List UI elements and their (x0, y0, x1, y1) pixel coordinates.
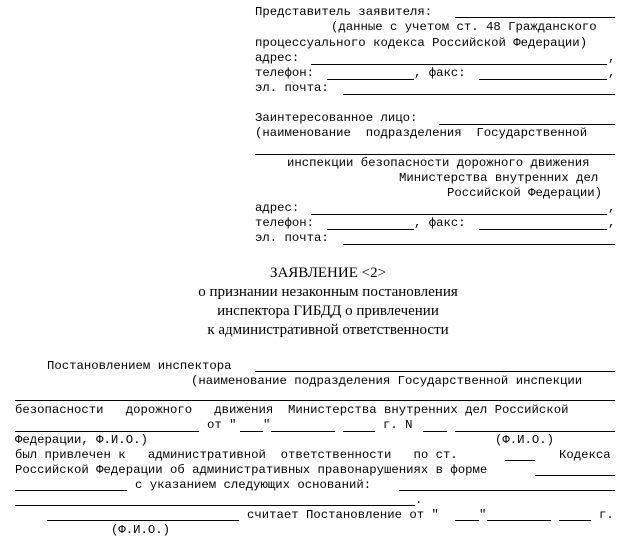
interested-fax-comma: , (608, 216, 615, 230)
body-p9-a: считает Постановление от " (247, 508, 439, 522)
body-p5-b: Кодекса (559, 448, 611, 462)
applicant-email-label: эл. почта: (255, 81, 329, 95)
decision-number-field[interactable] (423, 431, 447, 432)
applicant-rep-field[interactable] (455, 17, 615, 18)
interested-party-label: Заинтересованное лицо: (255, 111, 417, 125)
applicant-name-field[interactable] (455, 431, 615, 432)
interested-fax-field[interactable] (479, 229, 607, 230)
penalty-form-continued-field[interactable] (15, 490, 127, 491)
interested-phone-field[interactable] (327, 229, 414, 230)
inspector-name-field[interactable] (15, 431, 199, 432)
title-line-3: к административной ответственности (0, 321, 628, 340)
decision-2-month-field[interactable] (487, 520, 551, 521)
applicant-address-comma: , (608, 51, 615, 65)
penalty-form-field[interactable] (535, 475, 615, 476)
decision-month-field[interactable] (271, 431, 335, 432)
interested-party-note-4: Российской Федерации) (447, 186, 602, 200)
inspector-unit-continued-field[interactable] (15, 400, 615, 401)
body-p2: безопасности дорожного движения Министер… (15, 403, 568, 417)
applicant-rep-label: Представитель заявителя: (255, 5, 432, 19)
interested-address-field[interactable] (311, 214, 607, 215)
applicant-name-2-field[interactable] (47, 520, 239, 521)
body-p1-start: Постановлением инспектора (47, 359, 231, 373)
body-p4-left: Федерации, Ф.И.О.) (15, 433, 148, 447)
applicant-phone-field[interactable] (327, 79, 414, 80)
applicant-fax-field[interactable] (479, 79, 607, 80)
grounds-field[interactable] (399, 490, 615, 491)
applicant-rep-note-2: процессуального кодекса Российской Федер… (255, 36, 587, 50)
grounds-continued-field[interactable] (15, 505, 415, 506)
interested-fax-label: , факс: (414, 216, 466, 230)
body-p5-a: был привлечен к административной ответст… (15, 448, 458, 462)
decision-year-field[interactable] (343, 431, 375, 432)
body-p7: с указанием следующих оснований: (135, 478, 371, 492)
title-heading: ЗАЯВЛЕНИЕ <2> (0, 264, 628, 283)
document-title: ЗАЯВЛЕНИЕ <2> о признании незаконным пос… (0, 264, 628, 340)
body-p6: Российской Федерации об административных… (15, 463, 487, 477)
decision-2-year-field[interactable] (559, 520, 591, 521)
body-p3-g-n: г. N (383, 418, 413, 432)
title-line-1: о признании незаконным постановления (0, 283, 628, 302)
article-number-field[interactable] (505, 460, 535, 461)
interested-phone-label: телефон: (255, 216, 314, 230)
body-p4-right: (Ф.И.О.) (495, 433, 554, 447)
decision-2-day-field[interactable] (455, 520, 479, 521)
interested-email-field[interactable] (343, 244, 615, 245)
interested-party-field[interactable] (439, 124, 615, 125)
interested-email-label: эл. почта: (255, 231, 329, 245)
body-p3-ot: от " (207, 418, 237, 432)
body-p9-g: г. (599, 508, 614, 522)
applicant-email-field[interactable] (343, 94, 615, 95)
body-p9-quote: " (479, 508, 486, 522)
interested-party-note-2: инспекции безопасности дорожного движени… (287, 156, 590, 170)
interested-address-label: адрес: (255, 201, 299, 215)
body-p3-quote: " (263, 418, 270, 432)
interested-party-name-field[interactable] (255, 154, 615, 155)
applicant-rep-note-1: (данные с учетом ст. 48 Гражданского (331, 20, 597, 34)
applicant-address-field[interactable] (311, 64, 607, 65)
inspector-unit-field[interactable] (255, 371, 615, 372)
body-p8-dot: . (415, 493, 422, 507)
applicant-fax-comma: , (608, 66, 615, 80)
body-p10: (Ф.И.О.) (111, 523, 170, 537)
body-p1-note: (наименование подразделения Государствен… (191, 374, 582, 388)
title-line-2: инспектора ГИБДД о привлечении (0, 302, 628, 321)
interested-address-comma: , (608, 201, 615, 215)
interested-party-note-3: Министерства внутренних дел (399, 171, 598, 185)
applicant-address-label: адрес: (255, 51, 299, 65)
applicant-phone-label: телефон: (255, 66, 314, 80)
interested-party-note-1: (наименование подразделения Государствен… (255, 126, 587, 140)
applicant-fax-label: , факс: (414, 66, 466, 80)
decision-day-field[interactable] (240, 431, 263, 432)
